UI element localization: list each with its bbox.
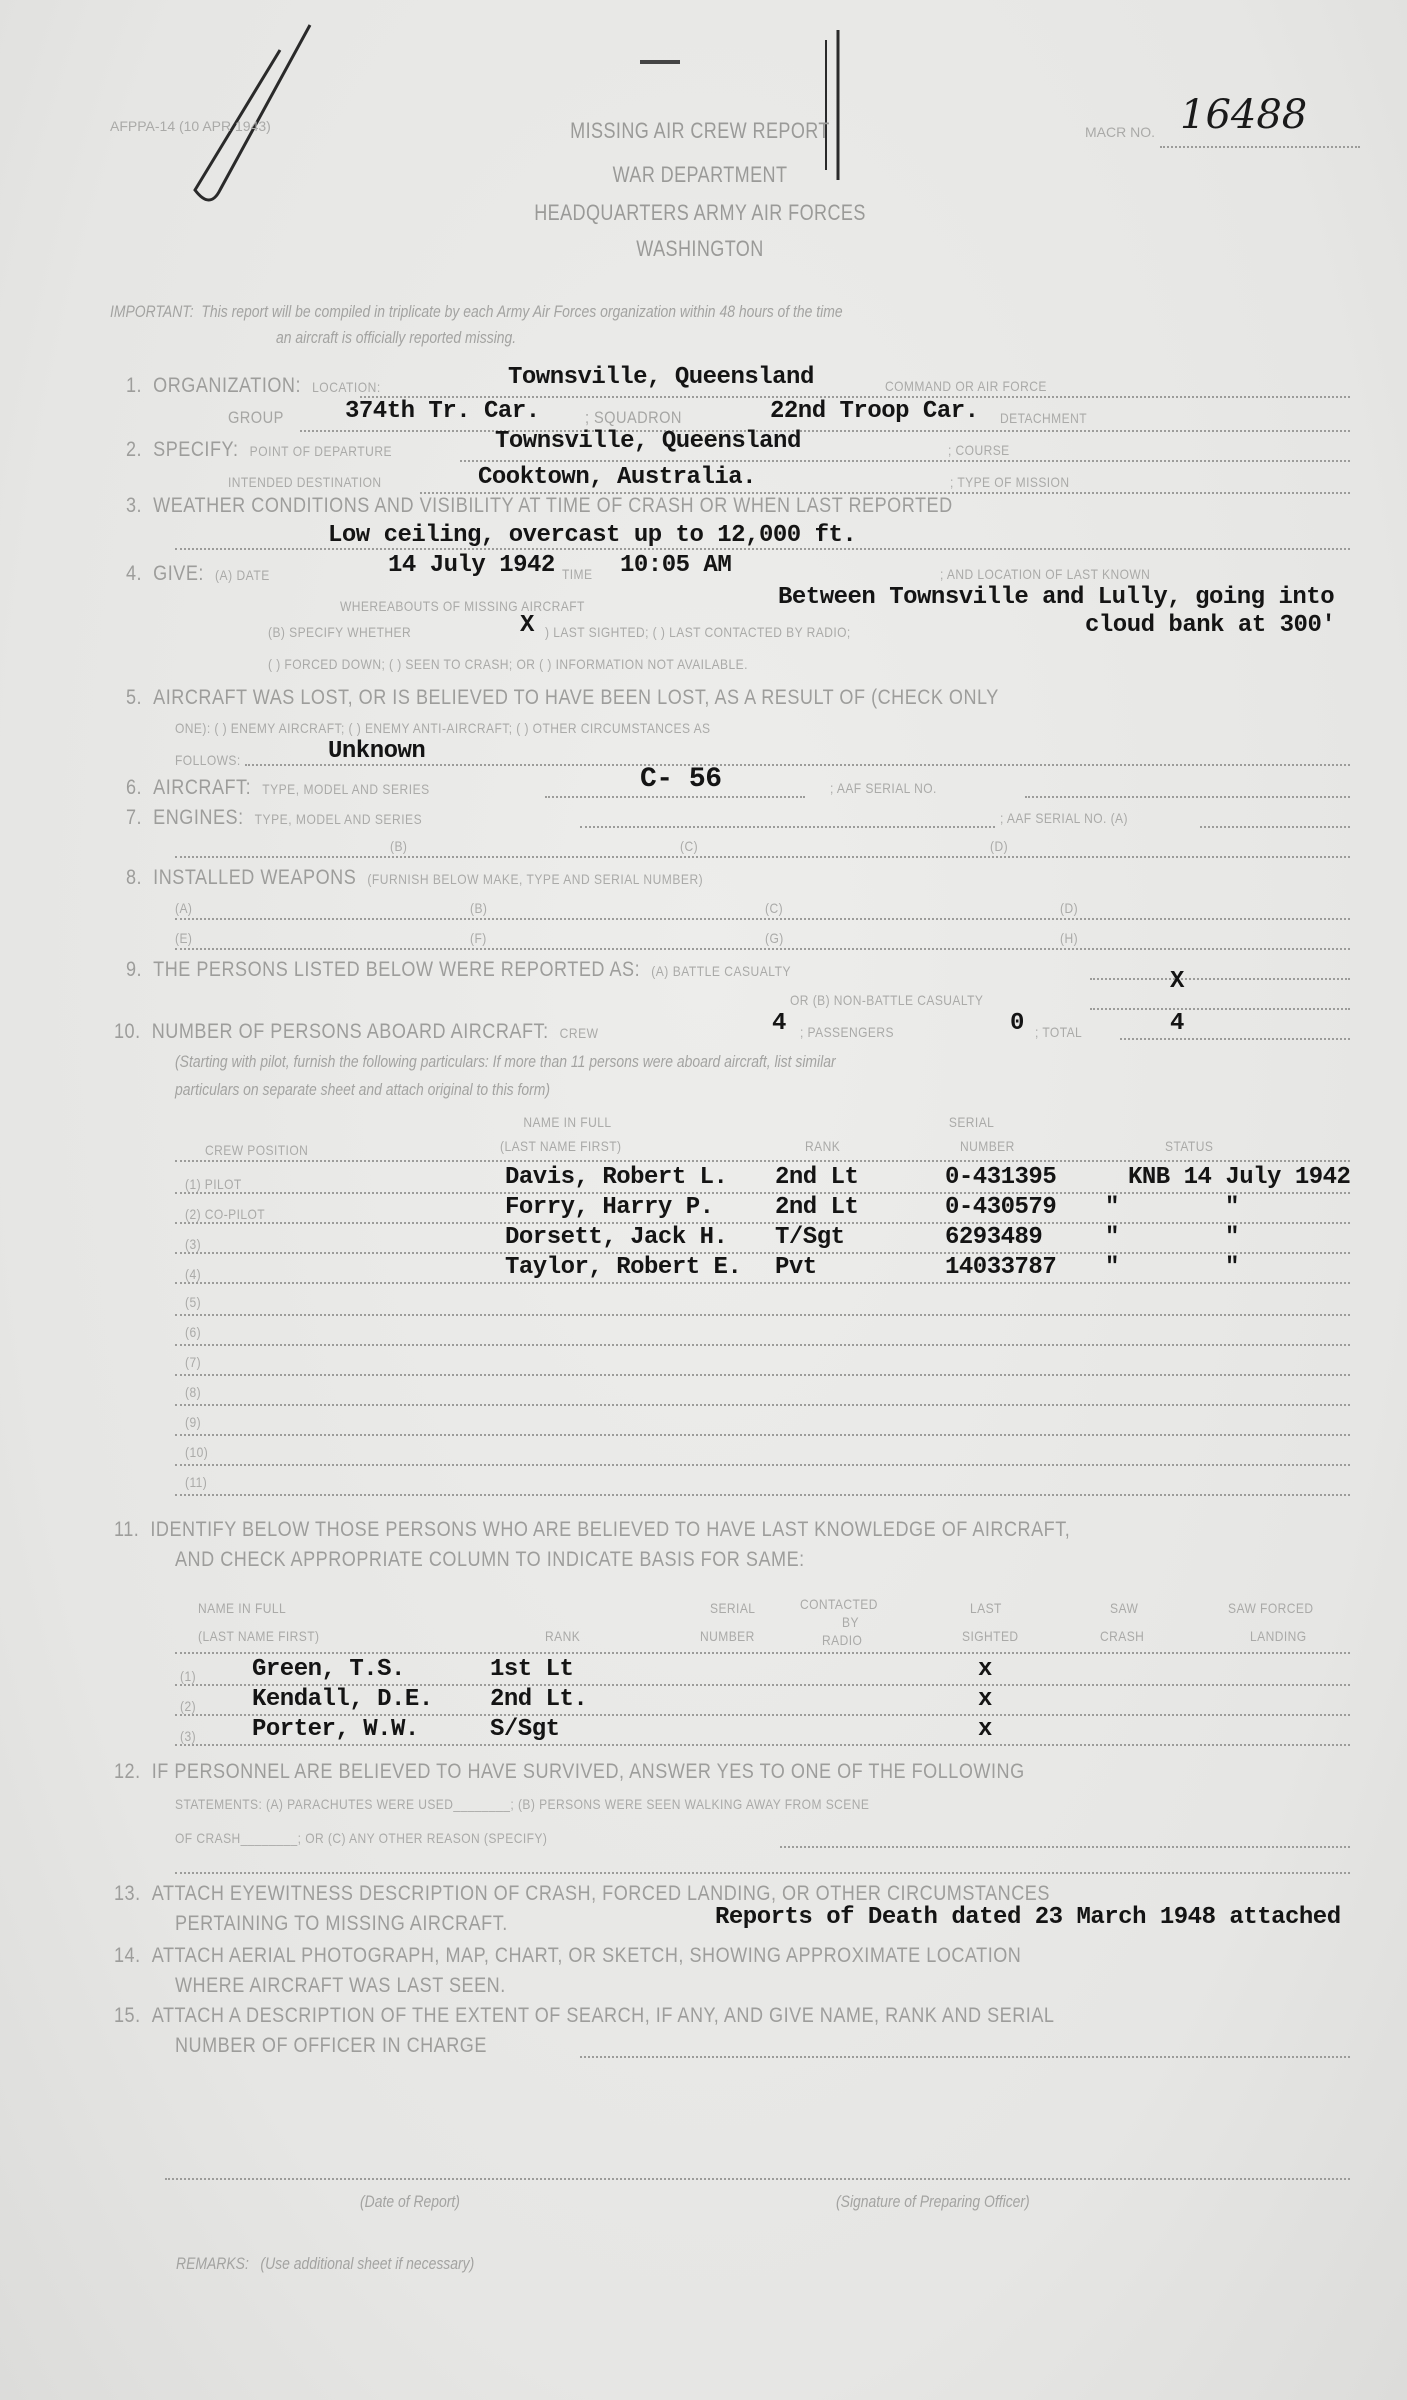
department-name: WAR DEPARTMENT [479,162,922,188]
whereabouts-field-line-2[interactable]: cloud bank at 300' [1085,612,1335,639]
important-line-2: an aircraft is officially reported missi… [276,328,516,348]
date-of-report-label: (Date of Report) [360,2192,460,2212]
hq-name: HEADQUARTERS ARMY AIR FORCES [438,200,963,226]
macr-number: 16488 [1180,92,1307,138]
pen-stroke-mark [180,20,340,210]
table-row: (2) CO-PILOT Forry, Harry P. 2nd Lt 0-43… [0,1194,1407,1224]
table-row: (1) PILOT Davis, Robert L. 2nd Lt 0-4313… [0,1164,1407,1194]
table-row: (2) Kendall, D.E. 2nd Lt. x [0,1686,1407,1716]
important-label: IMPORTANT: This report will be compiled … [110,302,843,322]
table-row: (4) Taylor, Robert E. Pvt 14033787 " " [0,1254,1407,1284]
vertical-mark [820,30,850,180]
last-sighted-check[interactable]: X [520,612,534,639]
date-field[interactable]: 14 July 1942 [388,552,555,579]
remarks-label: REMARKS: (Use additional sheet if necess… [176,2254,474,2274]
form-title: MISSING AIR CREW REPORT [479,118,922,144]
table-row: (8) [0,1374,1407,1404]
squadron-field[interactable]: 22nd Troop Car. [770,398,979,425]
passenger-count[interactable]: 0 [1010,1010,1024,1037]
group-field[interactable]: 374th Tr. Car. [345,398,540,425]
whereabouts-field-line-1[interactable]: Between Townsville and Lully, going into [778,584,1334,611]
table-row: (3) Dorsett, Jack H. T/Sgt 6293489 " " [0,1224,1407,1254]
macr-label: MACR NO. [1085,124,1155,140]
non-battle-casualty-check[interactable]: X [1170,968,1184,995]
form-code: AFPPA-14 (10 APR 1943) [110,118,271,134]
eyewitness-attachment-field[interactable]: Reports of Death dated 23 March 1948 att… [715,1904,1341,1931]
table-row: (9) [0,1404,1407,1434]
table-row: (1) Green, T.S. 1st Lt x [0,1656,1407,1686]
table-row: (3) Porter, W.W. S/Sgt x [0,1716,1407,1746]
table-row: (7) [0,1344,1407,1374]
time-field[interactable]: 10:05 AM [620,552,731,579]
aircraft-type-field[interactable]: C- 56 [640,764,722,795]
circumstances-field[interactable]: Unknown [328,738,425,765]
ink-dash [640,60,680,64]
destination-field[interactable]: Cooktown, Australia. [478,464,756,491]
table-row: (11) [0,1464,1407,1494]
table-row: (6) [0,1314,1407,1344]
hq-city: WASHINGTON [479,236,922,262]
signature-label: (Signature of Preparing Officer) [836,2192,1030,2212]
last-sighted-check[interactable]: x [978,1716,992,1743]
organization-location-field[interactable]: Townsville, Queensland [508,364,814,391]
crew-count[interactable]: 4 [772,1010,786,1037]
missing-air-crew-report-page: AFPPA-14 (10 APR 1943) MISSING AIR CREW … [0,0,1407,2400]
departure-field[interactable]: Townsville, Queensland [495,428,801,455]
table-row: (5) [0,1284,1407,1314]
last-sighted-check[interactable]: x [978,1686,992,1713]
table-row: (10) [0,1434,1407,1464]
section-1-label: 1. ORGANIZATION: LOCATION: [126,374,381,398]
weather-field[interactable]: Low ceiling, overcast up to 12,000 ft. [328,522,856,549]
total-count[interactable]: 4 [1170,1010,1184,1037]
last-sighted-check[interactable]: x [978,1656,992,1683]
